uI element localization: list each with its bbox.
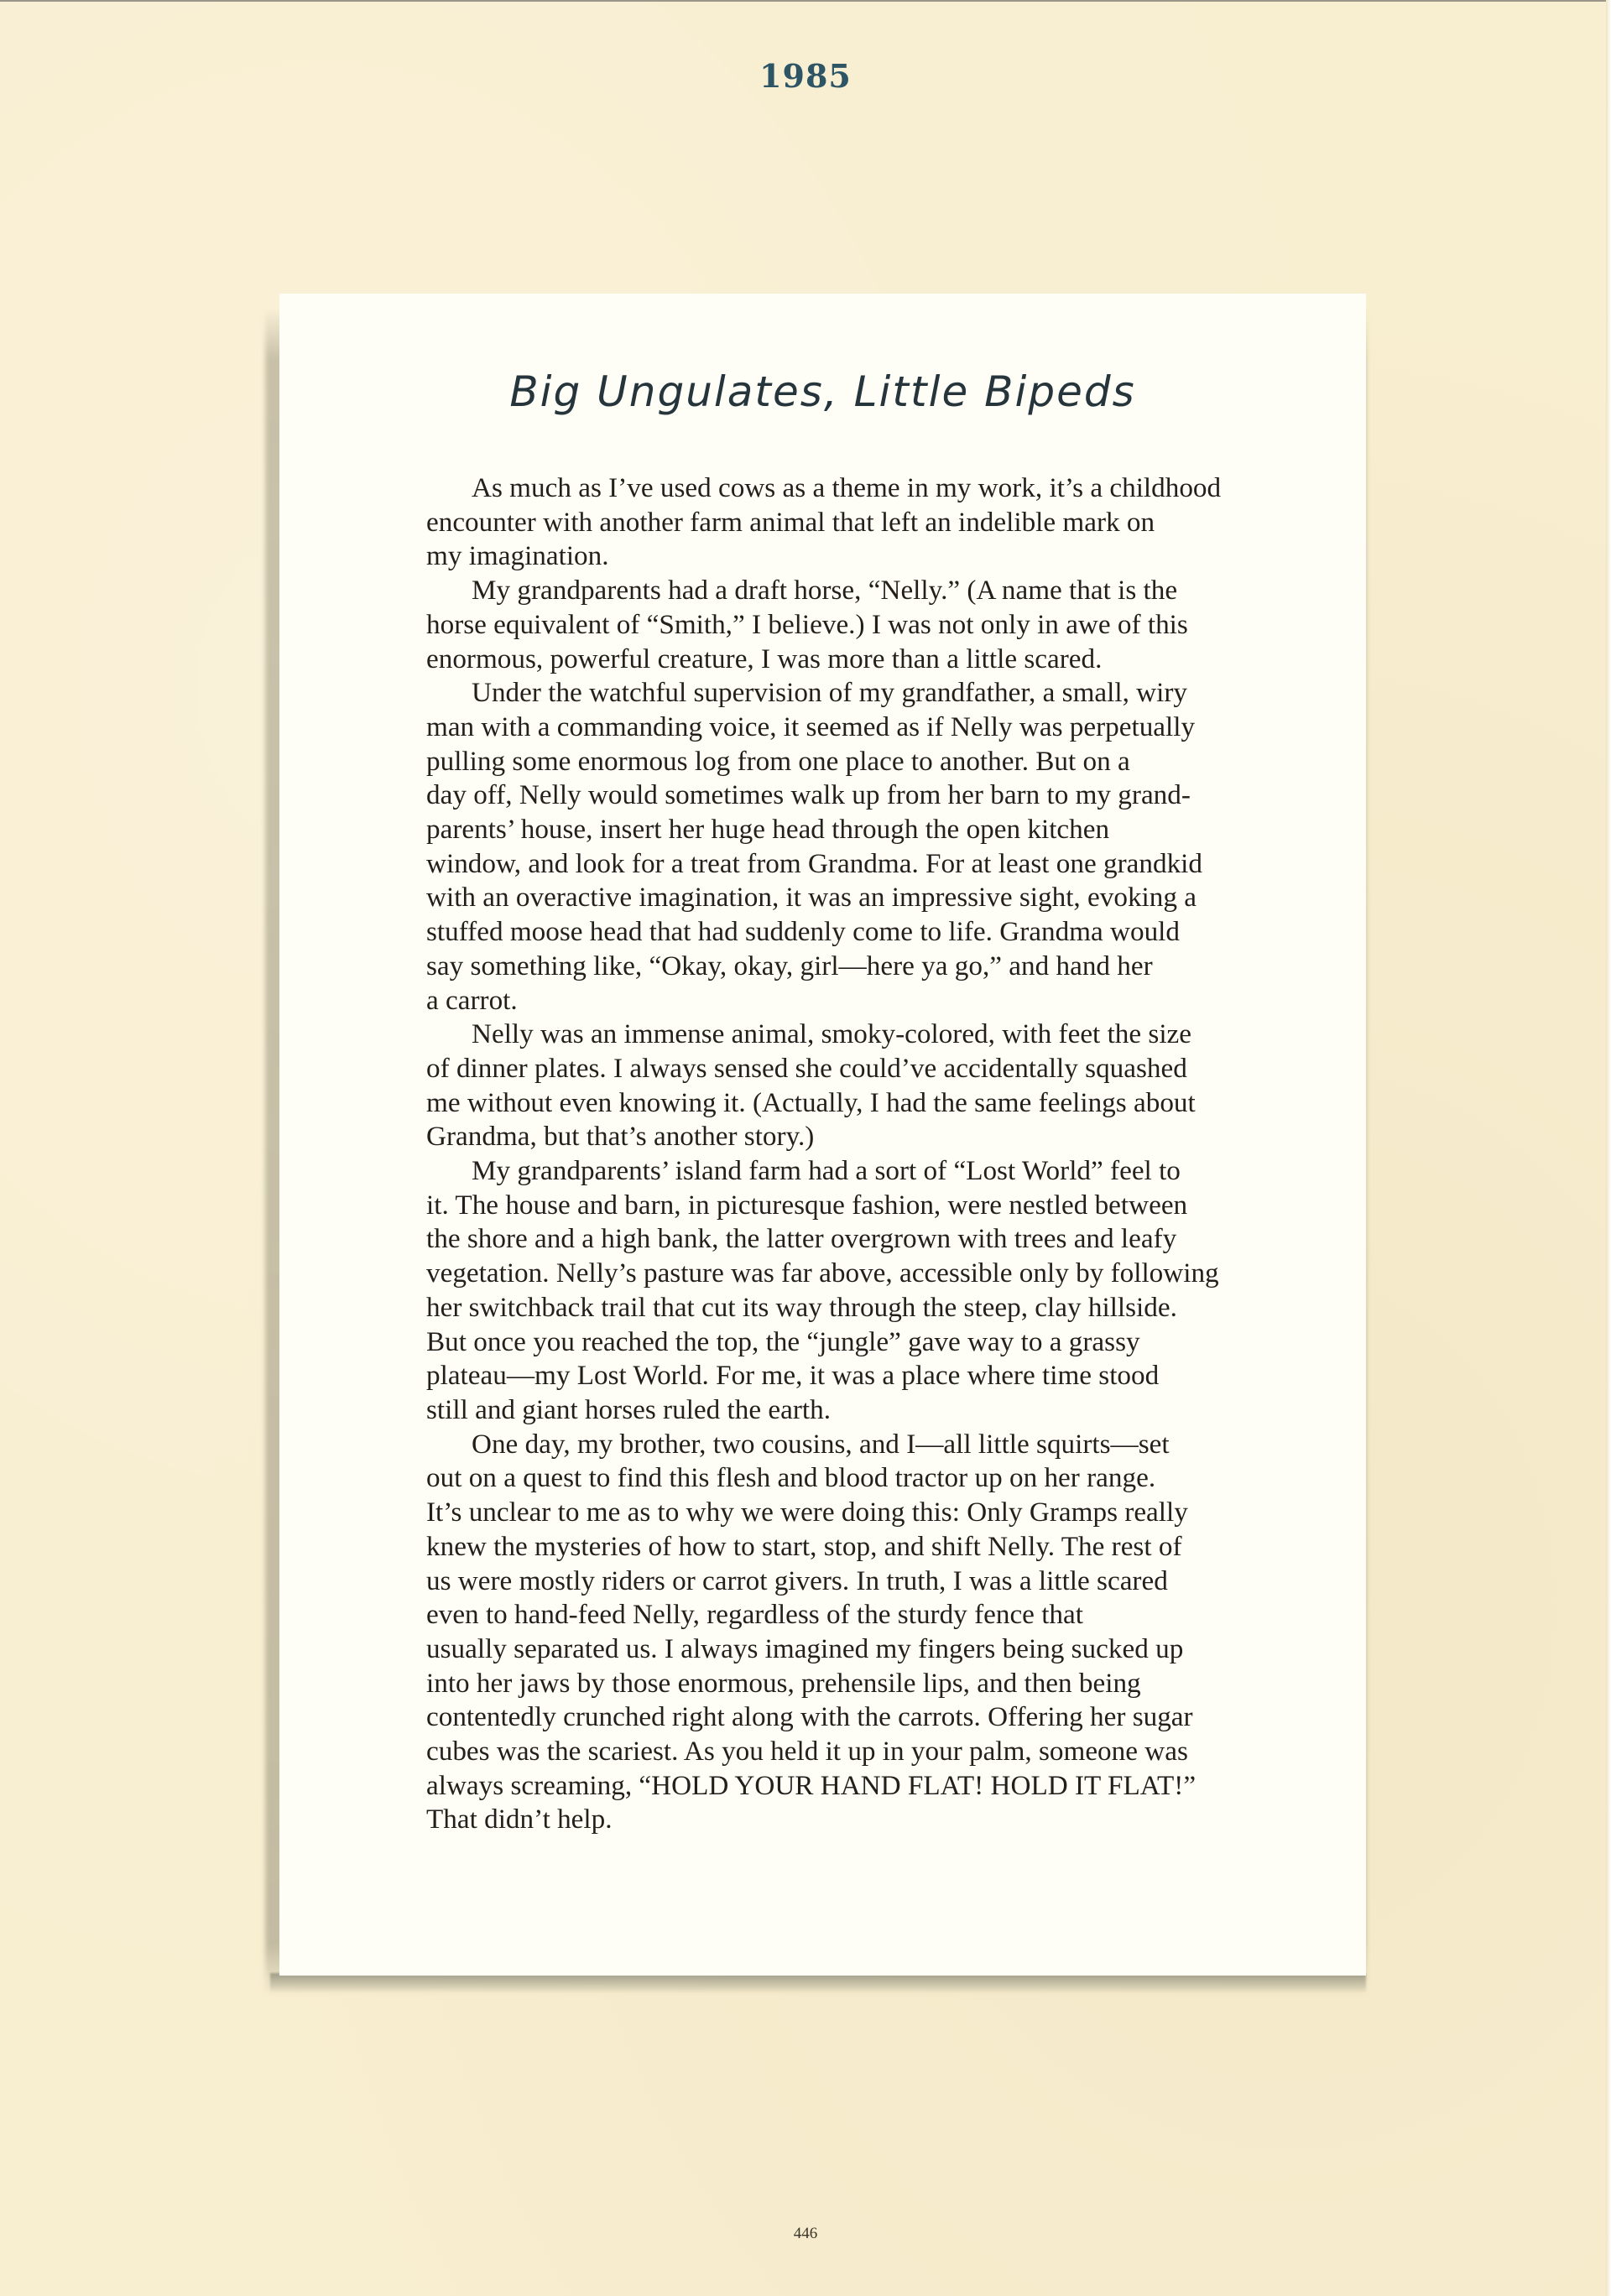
text-line: with an overactive imagination, it was a… <box>426 881 1257 915</box>
text-line: even to hand-feed Nelly, regardless of t… <box>426 1598 1257 1632</box>
text-line: window, and look for a treat from Grandm… <box>426 847 1257 882</box>
text-line: man with a commanding voice, it seemed a… <box>426 711 1257 745</box>
text-line: knew the mysteries of how to start, stop… <box>426 1530 1257 1565</box>
text-line: of dinner plates. I always sensed she co… <box>426 1052 1257 1086</box>
text-line: us were mostly riders or carrot givers. … <box>426 1565 1257 1599</box>
paragraph: My grandparents had a draft horse, “Nell… <box>426 574 1257 676</box>
text-line: a carrot. <box>426 984 1257 1018</box>
paragraph: One day, my brother, two cousins, and I—… <box>426 1428 1257 1837</box>
text-line: Grandma, but that’s another story.) <box>426 1120 1257 1154</box>
paragraph: Under the watchful supervision of my gra… <box>426 676 1257 1018</box>
text-line: One day, my brother, two cousins, and I—… <box>426 1428 1257 1462</box>
text-line: usually separated us. I always imagined … <box>426 1632 1257 1667</box>
text-line: cubes was the scariest. As you held it u… <box>426 1735 1257 1769</box>
article-body: As much as I’ve used cows as a theme in … <box>426 471 1257 1837</box>
paragraph: Nelly was an immense animal, smoky-color… <box>426 1018 1257 1154</box>
page-top-edge <box>0 0 1611 2</box>
paragraph: My grandparents’ island farm had a sort … <box>426 1154 1257 1428</box>
text-line: Under the watchful supervision of my gra… <box>426 676 1257 711</box>
text-line: say something like, “Okay, okay, girl—he… <box>426 950 1257 984</box>
text-line: encounter with another farm animal that … <box>426 506 1257 540</box>
page-right-edge <box>1606 0 1611 2296</box>
card-shadow-bottom <box>270 1973 1366 1993</box>
text-line: it. The house and barn, in picturesque f… <box>426 1189 1257 1223</box>
text-line: into her jaws by those enormous, prehens… <box>426 1667 1257 1701</box>
text-line: horse equivalent of “Smith,” I believe.)… <box>426 608 1257 643</box>
text-line: It’s unclear to me as to why we were doi… <box>426 1496 1257 1530</box>
article-title: Big Ungulates, Little Bipeds <box>279 367 1366 416</box>
paragraph: As much as I’ve used cows as a theme in … <box>426 471 1257 574</box>
article-card: Big Ungulates, Little Bipeds As much as … <box>279 294 1366 1976</box>
text-line: me without even knowing it. (Actually, I… <box>426 1086 1257 1121</box>
text-line: Nelly was an immense animal, smoky-color… <box>426 1018 1257 1052</box>
text-line: day off, Nelly would sometimes walk up f… <box>426 778 1257 813</box>
text-line: the shore and a high bank, the latter ov… <box>426 1222 1257 1257</box>
text-line: My grandparents’ island farm had a sort … <box>426 1154 1257 1189</box>
text-line: my imagination. <box>426 539 1257 574</box>
text-line: pulling some enormous log from one place… <box>426 745 1257 779</box>
text-line: still and giant horses ruled the earth. <box>426 1393 1257 1428</box>
text-line: parents’ house, insert her huge head thr… <box>426 813 1257 847</box>
text-line: her switchback trail that cut its way th… <box>426 1291 1257 1325</box>
text-line: contentedly crunched right along with th… <box>426 1700 1257 1735</box>
page-number: 446 <box>0 2225 1611 2243</box>
text-line: stuffed moose head that had suddenly com… <box>426 915 1257 950</box>
text-line: plateau—my Lost World. For me, it was a … <box>426 1359 1257 1393</box>
text-line: out on a quest to find this flesh and bl… <box>426 1461 1257 1496</box>
text-line: That didn’t help. <box>426 1803 1257 1837</box>
text-line: As much as I’ve used cows as a theme in … <box>426 471 1257 506</box>
text-line: always screaming, “HOLD YOUR HAND FLAT! … <box>426 1769 1257 1804</box>
text-line: But once you reached the top, the “jungl… <box>426 1325 1257 1360</box>
text-line: My grandparents had a draft horse, “Nell… <box>426 574 1257 608</box>
text-line: enormous, powerful creature, I was more … <box>426 643 1257 677</box>
text-line: vegetation. Nelly’s pasture was far abov… <box>426 1257 1257 1291</box>
year-heading: 1985 <box>0 57 1611 95</box>
